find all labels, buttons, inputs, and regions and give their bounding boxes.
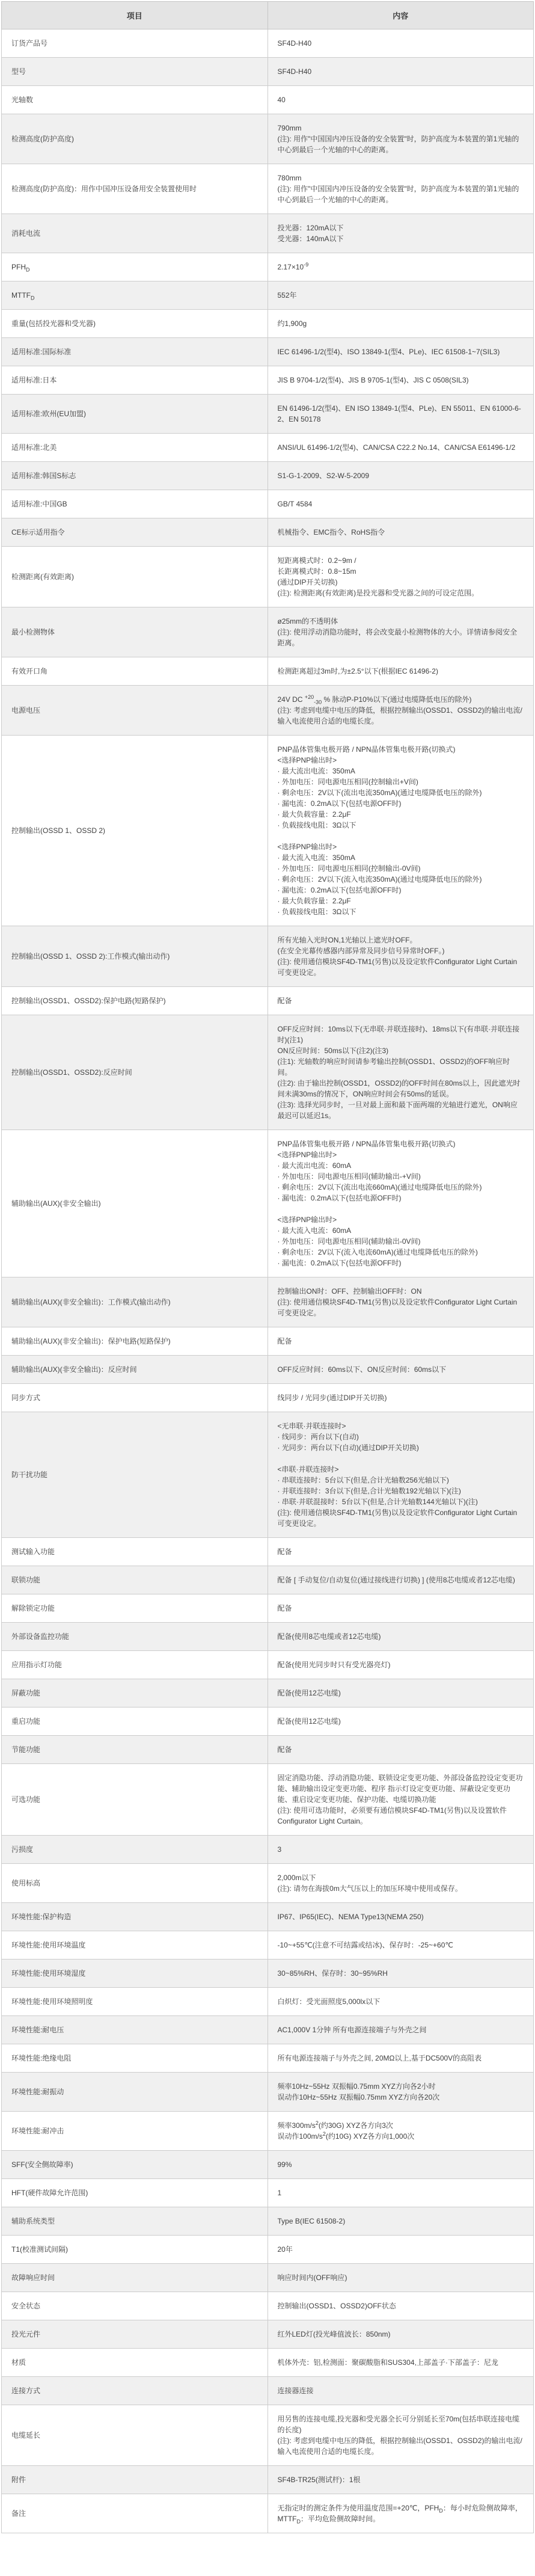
spec-row: 外部设备监控功能配备(使用8芯电缆或者12芯电缆) — [2, 1623, 534, 1651]
content-cell: 20年 — [267, 2236, 534, 2264]
content-cell: 控制输出ON时：OFF、控制输出OFF时：ON(注): 使用通信模块SF4D-T… — [267, 1277, 534, 1327]
content-cell: 配备 — [267, 1538, 534, 1566]
item-cell: 控制输出(OSSD 1、OSSD 2):工作模式(输出动作) — [2, 926, 268, 987]
spec-row: 联锁功能配备 [ 手动复位/自动复位(通过接线进行切换) ] (使用8芯电缆或者… — [2, 1566, 534, 1594]
spec-row: 有效开口角检测距离超过3m时,为±2.5°以下(根据IEC 61496-2) — [2, 657, 534, 686]
spec-table-header: 项目 内容 — [2, 2, 534, 29]
spec-row: 电源电压24V DC +20-30 % 脉动P-P10%以下(通过电缆降低电压的… — [2, 686, 534, 736]
spec-row: 型号SF4D-H40 — [2, 58, 534, 86]
item-cell: 环境性能:耐冲击 — [2, 2112, 268, 2151]
spec-row: 屏蔽功能配备(使用12芯电缆) — [2, 1679, 534, 1708]
item-cell: 有效开口角 — [2, 657, 268, 686]
content-cell: IP67、IP65(IEC)、NEMA Type13(NEMA 250) — [267, 1903, 534, 1931]
spec-row: T1(校准测试间隔)20年 — [2, 2236, 534, 2264]
item-cell: 环境性能:使用环境湿度 — [2, 1960, 268, 1988]
item-cell: 适用标准:国际标准 — [2, 338, 268, 366]
content-cell: EN 61496-1/2(型4)、EN ISO 13849-1(型4、PLe)、… — [267, 395, 534, 434]
spec-row: 适用标准:北美ANSI/UL 61496-1/2(型4)、CAN/CSA C22… — [2, 434, 534, 462]
content-cell: SF4D-H40 — [267, 58, 534, 86]
item-cell: 适用标准:日本 — [2, 366, 268, 395]
item-cell: 重启功能 — [2, 1708, 268, 1736]
spec-row: SFF(安全侧故障率)99% — [2, 2151, 534, 2179]
spec-row: 环境性能:保护构造IP67、IP65(IEC)、NEMA Type13(NEMA… — [2, 1903, 534, 1931]
header-row: 项目 内容 — [2, 2, 534, 29]
item-cell: 备注 — [2, 2494, 268, 2533]
content-cell: 配备 — [267, 1327, 534, 1356]
item-cell: 屏蔽功能 — [2, 1679, 268, 1708]
spec-row: 辅助输出(AUX)(非安全输出)：反应时间OFF反应时间：60ms以下、ON反应… — [2, 1356, 534, 1384]
content-cell: OFF反应时间：10ms以下(无串联·并联连接时)、18ms以下(有串联·并联连… — [267, 1015, 534, 1130]
item-cell: T1(校准测试间隔) — [2, 2236, 268, 2264]
content-cell: 30~85%RH、保存时：30~95%RH — [267, 1960, 534, 1988]
spec-row: 最小检测物体ø25mm的不透明体(注): 使用浮动消隐功能时，将会改变最小检测物… — [2, 607, 534, 657]
item-cell: 订货产品号 — [2, 29, 268, 58]
spec-row: 控制输出(OSSD1、OSSD2):保护电路(短路保护)配备 — [2, 987, 534, 1015]
spec-row: 控制输出(OSSD1、OSSD2):反应时间OFF反应时间：10ms以下(无串联… — [2, 1015, 534, 1130]
content-cell: SF4D-H40 — [267, 29, 534, 58]
content-cell: ANSI/UL 61496-1/2(型4)、CAN/CSA C22.2 No.1… — [267, 434, 534, 462]
item-cell: 可选功能 — [2, 1764, 268, 1836]
content-cell: 2,000m以下(注): 请勿在海拔0m大气压以上的加压环境中使用或保存。 — [267, 1864, 534, 1903]
content-cell: 线同步 / 光同步(通过DIP开关切换) — [267, 1384, 534, 1412]
item-cell: 辅助输出(AUX)(非安全输出) — [2, 1130, 268, 1277]
content-cell: 频率10Hz~55Hz 双振幅0.75mm XYZ方向各2小时误动作10Hz~5… — [267, 2073, 534, 2112]
item-cell: 最小检测物体 — [2, 607, 268, 657]
item-cell: 环境性能:绝缘电阻 — [2, 2044, 268, 2073]
content-cell: 固定消隐功能、浮动消隐功能、联锁设定变更功能、外部设备监控设定变更功能、辅助输出… — [267, 1764, 534, 1836]
content-cell: 检测距离超过3m时,为±2.5°以下(根据IEC 61496-2) — [267, 657, 534, 686]
spec-row: 连接方式连接器连接 — [2, 2377, 534, 2405]
spec-row: HFT(硬件故障允许范围)1 — [2, 2179, 534, 2207]
spec-row: 控制输出(OSSD 1、OSSD 2):工作模式(输出动作)所有光轴入光时ON,… — [2, 926, 534, 987]
content-cell: 无指定时的测定条件为使用温度范围=+20℃，PFHD：每小时危险侧故障率，MTT… — [267, 2494, 534, 2533]
content-cell: 配备(使用光同步时只有受光器亮灯) — [267, 1651, 534, 1679]
spec-row: 辅助系统类型Type B(IEC 61508-2) — [2, 2207, 534, 2236]
spec-row: 可选功能固定消隐功能、浮动消隐功能、联锁设定变更功能、外部设备监控设定变更功能、… — [2, 1764, 534, 1836]
item-cell: PFHD — [2, 253, 268, 281]
item-cell: 环境性能:保护构造 — [2, 1903, 268, 1931]
item-cell: 安全状态 — [2, 2292, 268, 2320]
content-cell: 机械指令、EMC指令、RoHS指令 — [267, 518, 534, 547]
content-cell: 约1,900g — [267, 310, 534, 338]
item-cell: 环境性能:使用环境照明度 — [2, 1988, 268, 2016]
spec-row: 适用标准:中国GBGB/T 4584 — [2, 490, 534, 518]
item-cell: 测试输入功能 — [2, 1538, 268, 1566]
spec-row: 适用标准:欧州(EU加盟)EN 61496-1/2(型4)、EN ISO 138… — [2, 395, 534, 434]
spec-row: 防干扰功能<无串联·并联连接时>· 线同步：两台以下(自动)· 光同步：两台以下… — [2, 1412, 534, 1538]
content-cell: 短距离模式时：0.2~9m /长距离模式时：0.8~15m(通过DIP开关切换)… — [267, 547, 534, 607]
item-cell: 外部设备监控功能 — [2, 1623, 268, 1651]
content-cell: 24V DC +20-30 % 脉动P-P10%以下(通过电缆降低电压的除外)(… — [267, 686, 534, 736]
item-cell: 电缆延长 — [2, 2405, 268, 2466]
spec-row: 投光元件红外LED灯(投光峰值波长：850nm) — [2, 2320, 534, 2349]
spec-row: 使用标高2,000m以下(注): 请勿在海拔0m大气压以上的加压环境中使用或保存… — [2, 1864, 534, 1903]
spec-page: 项目 内容 订货产品号SF4D-H40型号SF4D-H40光轴数40检测高度(防… — [1, 0, 534, 2533]
spec-row: MTTFD552年 — [2, 281, 534, 310]
item-cell: 电源电压 — [2, 686, 268, 736]
item-cell: HFT(硬件故障允许范围) — [2, 2179, 268, 2207]
spec-table-body: 订货产品号SF4D-H40型号SF4D-H40光轴数40检测高度(防护高度)79… — [2, 29, 534, 2533]
item-cell: 环境性能:耐电压 — [2, 2016, 268, 2044]
item-cell: 解除锁定功能 — [2, 1594, 268, 1623]
spec-row: PFHD2.17×10-9 — [2, 253, 534, 281]
content-cell: 控制输出(OSSD1、OSSD2)OFF状态 — [267, 2292, 534, 2320]
content-cell: 红外LED灯(投光峰值波长：850nm) — [267, 2320, 534, 2349]
content-cell: 3 — [267, 1836, 534, 1864]
item-cell: 辅助输出(AUX)(非安全输出)：工作模式(输出动作) — [2, 1277, 268, 1327]
item-cell: 辅助输出(AUX)(非安全输出)：反应时间 — [2, 1356, 268, 1384]
spec-row: 光轴数40 — [2, 86, 534, 114]
spec-row: 安全状态控制输出(OSSD1、OSSD2)OFF状态 — [2, 2292, 534, 2320]
item-cell: 检测高度(防护高度) — [2, 114, 268, 164]
item-cell: 附件 — [2, 2466, 268, 2494]
spec-row: 控制输出(OSSD 1、OSSD 2)PNP晶体管集电极开路 / NPN晶体管集… — [2, 736, 534, 926]
content-cell: SF4B-TR25(测试杆)：1根 — [267, 2466, 534, 2494]
content-cell: IEC 61496-1/2(型4)、ISO 13849-1(型4、PLe)、IE… — [267, 338, 534, 366]
spec-row: CE标示适用指令机械指令、EMC指令、RoHS指令 — [2, 518, 534, 547]
content-cell: AC1,000V 1分钟 所有电源连接端子与外壳之间 — [267, 2016, 534, 2044]
spec-row: 测试输入功能配备 — [2, 1538, 534, 1566]
spec-row: 环境性能:耐电压AC1,000V 1分钟 所有电源连接端子与外壳之间 — [2, 2016, 534, 2044]
item-cell: MTTFD — [2, 281, 268, 310]
item-cell: 联锁功能 — [2, 1566, 268, 1594]
spec-row: 故障响应时间响应时间内(OFF响应) — [2, 2264, 534, 2292]
spec-row: 辅助输出(AUX)(非安全输出)PNP晶体管集电极开路 / NPN晶体管集电极开… — [2, 1130, 534, 1277]
content-cell: 配备 [ 手动复位/自动复位(通过接线进行切换) ] (使用8芯电缆或者12芯电… — [267, 1566, 534, 1594]
content-cell: 配备 — [267, 1736, 534, 1764]
content-cell: 所有电源连接端子与外壳之间, 20MΩ以上,基于DC500V的高阻表 — [267, 2044, 534, 2073]
spec-row: 环境性能:绝缘电阻所有电源连接端子与外壳之间, 20MΩ以上,基于DC500V的… — [2, 2044, 534, 2073]
content-cell: 40 — [267, 86, 534, 114]
spec-row: 重启功能配备(使用12芯电缆) — [2, 1708, 534, 1736]
content-cell: 配备(使用12芯电缆) — [267, 1708, 534, 1736]
spec-row: 环境性能:使用环境湿度30~85%RH、保存时：30~95%RH — [2, 1960, 534, 1988]
content-cell: S1-G-1-2009、S2-W-5-2009 — [267, 462, 534, 490]
content-cell: 机体外壳：铝,检测面：聚碳酸脂和SUS304,上部盖子·下部盖子：尼龙 — [267, 2349, 534, 2377]
content-cell: 配备(使用12芯电缆) — [267, 1679, 534, 1708]
item-cell: 节能功能 — [2, 1736, 268, 1764]
content-cell: 频率300m/s2(约30G) XYZ各方向3次误动作100m/s2(约10G)… — [267, 2112, 534, 2151]
content-cell: 所有光轴入光时ON,1光轴以上遮光时OFF。(在安全光幕传感器内部异常及同步信号… — [267, 926, 534, 987]
content-cell: 白炽灯：受光面照度5,000lx以下 — [267, 1988, 534, 2016]
spec-row: 检测高度(防护高度)：用作中国冲压设备用安全装置使用时780mm(注): 用作"… — [2, 164, 534, 214]
content-cell: OFF反应时间：60ms以下、ON反应时间：60ms以下 — [267, 1356, 534, 1384]
content-cell: 投光器：120mA以下受光器：140mA以下 — [267, 214, 534, 253]
content-cell: 99% — [267, 2151, 534, 2179]
spec-row: 同步方式线同步 / 光同步(通过DIP开关切换) — [2, 1384, 534, 1412]
content-cell: 552年 — [267, 281, 534, 310]
column-header-content: 内容 — [267, 2, 534, 29]
item-cell: SFF(安全侧故障率) — [2, 2151, 268, 2179]
item-cell: 控制输出(OSSD1、OSSD2):反应时间 — [2, 1015, 268, 1130]
item-cell: 适用标准:北美 — [2, 434, 268, 462]
spec-row: 电缆延长用另售的连接电缆,投光器和受光器全长可分别延长至70m(包括串联连接电缆… — [2, 2405, 534, 2466]
column-header-item: 项目 — [2, 2, 268, 29]
spec-row: 应用指示灯功能配备(使用光同步时只有受光器亮灯) — [2, 1651, 534, 1679]
content-cell: 用另售的连接电缆,投光器和受光器全长可分别延长至70m(包括串联连接电缆的长度)… — [267, 2405, 534, 2466]
item-cell: 适用标准:韩国S标志 — [2, 462, 268, 490]
spec-row: 节能功能配备 — [2, 1736, 534, 1764]
spec-row: 检测高度(防护高度)790mm(注): 用作"中国国内冲压设备的安全装置"时，防… — [2, 114, 534, 164]
item-cell: 辅助输出(AUX)(非安全输出)：保护电路(短路保护) — [2, 1327, 268, 1356]
item-cell: CE标示适用指令 — [2, 518, 268, 547]
spec-row: 环境性能:使用环境温度-10~+55℃(注意不可结露或结冰)、保存时：-25~+… — [2, 1931, 534, 1960]
item-cell: 材质 — [2, 2349, 268, 2377]
item-cell: 检测距离(有效距离) — [2, 547, 268, 607]
item-cell: 光轴数 — [2, 86, 268, 114]
content-cell: JIS B 9704-1/2(型4)、JIS B 9705-1(型4)、JIS … — [267, 366, 534, 395]
content-cell: 780mm(注): 用作"中国国内冲压设备的安全装置"时，防护高度为本装置的第1… — [267, 164, 534, 214]
item-cell: 检测高度(防护高度)：用作中国冲压设备用安全装置使用时 — [2, 164, 268, 214]
content-cell: 响应时间内(OFF响应) — [267, 2264, 534, 2292]
item-cell: 辅助系统类型 — [2, 2207, 268, 2236]
item-cell: 防干扰功能 — [2, 1412, 268, 1538]
spec-row: 辅助输出(AUX)(非安全输出)：保护电路(短路保护)配备 — [2, 1327, 534, 1356]
item-cell: 环境性能:耐振动 — [2, 2073, 268, 2112]
spec-row: 解除锁定功能配备 — [2, 1594, 534, 1623]
spec-row: 适用标准:韩国S标志S1-G-1-2009、S2-W-5-2009 — [2, 462, 534, 490]
item-cell: 投光元件 — [2, 2320, 268, 2349]
content-cell: 790mm(注): 用作"中国国内冲压设备的安全装置"时，防护高度为本装置的第1… — [267, 114, 534, 164]
content-cell: 2.17×10-9 — [267, 253, 534, 281]
content-cell: 配备 — [267, 1594, 534, 1623]
spec-row: 环境性能:耐振动频率10Hz~55Hz 双振幅0.75mm XYZ方向各2小时误… — [2, 2073, 534, 2112]
item-cell: 连接方式 — [2, 2377, 268, 2405]
spec-row: 检测距离(有效距离)短距离模式时：0.2~9m /长距离模式时：0.8~15m(… — [2, 547, 534, 607]
spec-row: 环境性能:耐冲击频率300m/s2(约30G) XYZ各方向3次误动作100m/… — [2, 2112, 534, 2151]
content-cell: -10~+55℃(注意不可结露或结冰)、保存时：-25~+60℃ — [267, 1931, 534, 1960]
spec-row: 附件SF4B-TR25(测试杆)：1根 — [2, 2466, 534, 2494]
spec-row: 环境性能:使用环境照明度白炽灯：受光面照度5,000lx以下 — [2, 1988, 534, 2016]
spec-row: 备注无指定时的测定条件为使用温度范围=+20℃，PFHD：每小时危险侧故障率，M… — [2, 2494, 534, 2533]
content-cell: <无串联·并联连接时>· 线同步：两台以下(自动)· 光同步：两台以下(自动)(… — [267, 1412, 534, 1538]
spec-row: 重量(包括投光器和受光器)约1,900g — [2, 310, 534, 338]
item-cell: 适用标准:欧州(EU加盟) — [2, 395, 268, 434]
item-cell: 环境性能:使用环境温度 — [2, 1931, 268, 1960]
spec-row: 订货产品号SF4D-H40 — [2, 29, 534, 58]
spec-row: 适用标准:国际标准IEC 61496-1/2(型4)、ISO 13849-1(型… — [2, 338, 534, 366]
content-cell: 配备 — [267, 987, 534, 1015]
content-cell: 连接器连接 — [267, 2377, 534, 2405]
item-cell: 应用指示灯功能 — [2, 1651, 268, 1679]
content-cell: PNP晶体管集电极开路 / NPN晶体管集电极开路(切换式)<选择PNP输出时>… — [267, 736, 534, 926]
spec-row: 适用标准:日本JIS B 9704-1/2(型4)、JIS B 9705-1(型… — [2, 366, 534, 395]
content-cell: Type B(IEC 61508-2) — [267, 2207, 534, 2236]
content-cell: 配备(使用8芯电缆或者12芯电缆) — [267, 1623, 534, 1651]
item-cell: 故障响应时间 — [2, 2264, 268, 2292]
content-cell: PNP晶体管集电极开路 / NPN晶体管集电极开路(切换式)<选择PNP输出时>… — [267, 1130, 534, 1277]
item-cell: 同步方式 — [2, 1384, 268, 1412]
item-cell: 适用标准:中国GB — [2, 490, 268, 518]
spec-row: 消耗电流投光器：120mA以下受光器：140mA以下 — [2, 214, 534, 253]
item-cell: 使用标高 — [2, 1864, 268, 1903]
content-cell: GB/T 4584 — [267, 490, 534, 518]
spec-table: 项目 内容 订货产品号SF4D-H40型号SF4D-H40光轴数40检测高度(防… — [1, 1, 534, 2533]
item-cell: 控制输出(OSSD 1、OSSD 2) — [2, 736, 268, 926]
spec-row: 材质机体外壳：铝,检测面：聚碳酸脂和SUS304,上部盖子·下部盖子：尼龙 — [2, 2349, 534, 2377]
item-cell: 控制输出(OSSD1、OSSD2):保护电路(短路保护) — [2, 987, 268, 1015]
item-cell: 污损度 — [2, 1836, 268, 1864]
content-cell: 1 — [267, 2179, 534, 2207]
spec-row: 辅助输出(AUX)(非安全输出)：工作模式(输出动作)控制输出ON时：OFF、控… — [2, 1277, 534, 1327]
spec-row: 污损度3 — [2, 1836, 534, 1864]
item-cell: 消耗电流 — [2, 214, 268, 253]
item-cell: 重量(包括投光器和受光器) — [2, 310, 268, 338]
content-cell: ø25mm的不透明体(注): 使用浮动消隐功能时，将会改变最小检测物体的大小。详… — [267, 607, 534, 657]
item-cell: 型号 — [2, 58, 268, 86]
